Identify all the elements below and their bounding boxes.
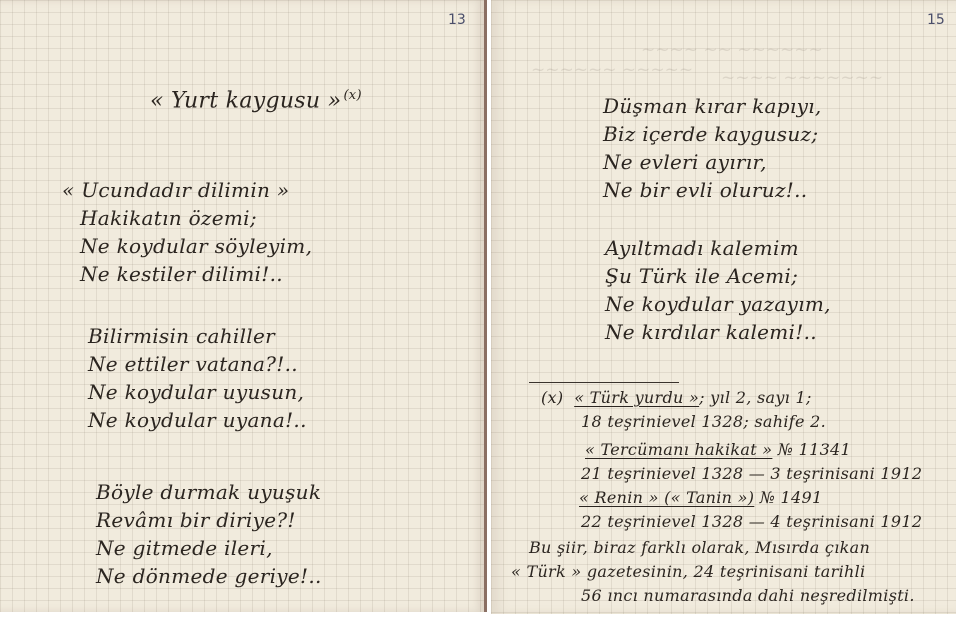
stanza-4: Düşman kırar kapıyı, Biz içerde kaygusuz… <box>603 92 822 204</box>
verse-line: Hakikatın özemi; <box>80 204 312 232</box>
stanza-3: Böyle durmak uyuşuk Revâmı bir diriye?! … <box>96 478 322 590</box>
verse-line: Böyle durmak uyuşuk <box>96 478 322 506</box>
footnote-source-2: « Tercümanı hakikat » № 11341 <box>585 438 922 462</box>
notebook-page-left: 13 « Yurt kaygusu »(x) « Ucundadır dilim… <box>0 0 487 612</box>
verse-line: Bilirmisin cahiller <box>88 322 307 350</box>
bleed-through-text: ~~~~~~ ~~~~~ <box>531 60 693 80</box>
footnote-mark: (x) <box>541 388 563 407</box>
footnote-source-3: « Renin » (« Tanin ») № 1491 <box>579 486 922 510</box>
footnote-remark: Bu şiir, biraz farklı olarak, Mısırda çı… <box>511 536 915 608</box>
verse-line: Ne kırdılar kalemi!.. <box>605 318 831 346</box>
footnote: (x) « Türk yurdu »; yıl 2, sayı 1; 18 te… <box>541 386 922 534</box>
notebook-page-right: 15 ~~~~ ~~ ~~~~~~ ~~~~~~ ~~~~~ ~~~~ ~~~~… <box>491 0 956 614</box>
verse-line: « Ucundadır dilimin » <box>62 176 312 204</box>
source-date: 21 teşrinievel 1328 — 3 teşrinisani 1912 <box>581 462 922 486</box>
poem-title-text: « Yurt kaygusu » <box>150 88 341 113</box>
page-number: 13 <box>448 12 466 28</box>
verse-line: Ayıltmadı kalemim <box>605 234 831 262</box>
remark-line: « Türk » gazetesinin, 24 teşrinisani tar… <box>511 560 915 584</box>
verse-line: Ne ettiler vatana?!.. <box>88 350 307 378</box>
source-detail: № 11341 <box>772 440 851 459</box>
source-name: « Tercümanı hakikat » <box>585 440 772 459</box>
verse-line: Ne bir evli oluruz!.. <box>603 176 822 204</box>
verse-line: Biz içerde kaygusuz; <box>603 120 822 148</box>
verse-line: Ne koydular yazayım, <box>605 290 831 318</box>
verse-line: Ne dönmede geriye!.. <box>96 562 322 590</box>
bleed-through-text: ~~~~ ~~ ~~~~~~ <box>641 40 823 60</box>
page-number: 15 <box>927 12 945 28</box>
footnote-separator <box>529 382 679 383</box>
source-name: « Renin » (« Tanin ») <box>579 488 754 507</box>
stanza-2: Bilirmisin cahiller Ne ettiler vatana?!.… <box>88 322 307 434</box>
verse-line: Düşman kırar kapıyı, <box>603 92 822 120</box>
verse-line: Ne kestiler dilimi!.. <box>80 260 312 288</box>
verse-line: Ne gitmede ileri, <box>96 534 322 562</box>
bleed-through-text: ~~~~ ~~~~~~~ <box>721 68 883 88</box>
poem-title: « Yurt kaygusu »(x) <box>150 88 362 113</box>
verse-line: Ne koydular uyana!.. <box>88 406 307 434</box>
stanza-1: « Ucundadır dilimin » Hakikatın özemi; N… <box>62 176 312 288</box>
verse-line: Ne koydular uyusun, <box>88 378 307 406</box>
remark-line: 56 ıncı numarasında dahi neşredilmişti. <box>581 584 915 608</box>
source-date: 22 teşrinievel 1328 — 4 teşrinisani 1912 <box>581 510 922 534</box>
footnote-source-1: (x) « Türk yurdu »; yıl 2, sayı 1; <box>541 386 922 410</box>
verse-line: Şu Türk ile Acemi; <box>605 262 831 290</box>
stanza-5: Ayıltmadı kalemim Şu Türk ile Acemi; Ne … <box>605 234 831 346</box>
verse-line: Revâmı bir diriye?! <box>96 506 322 534</box>
verse-line: Ne koydular söyleyim, <box>80 232 312 260</box>
verse-line: Ne evleri ayırır, <box>603 148 822 176</box>
remark-line: Bu şiir, biraz farklı olarak, Mısırda çı… <box>529 536 915 560</box>
source-detail: ; yıl 2, sayı 1; <box>699 388 812 407</box>
footnote-mark: (x) <box>343 88 361 103</box>
source-name: « Türk yurdu » <box>574 388 699 407</box>
source-detail: № 1491 <box>754 488 822 507</box>
source-date: 18 teşrinievel 1328; sahife 2. <box>581 410 922 434</box>
